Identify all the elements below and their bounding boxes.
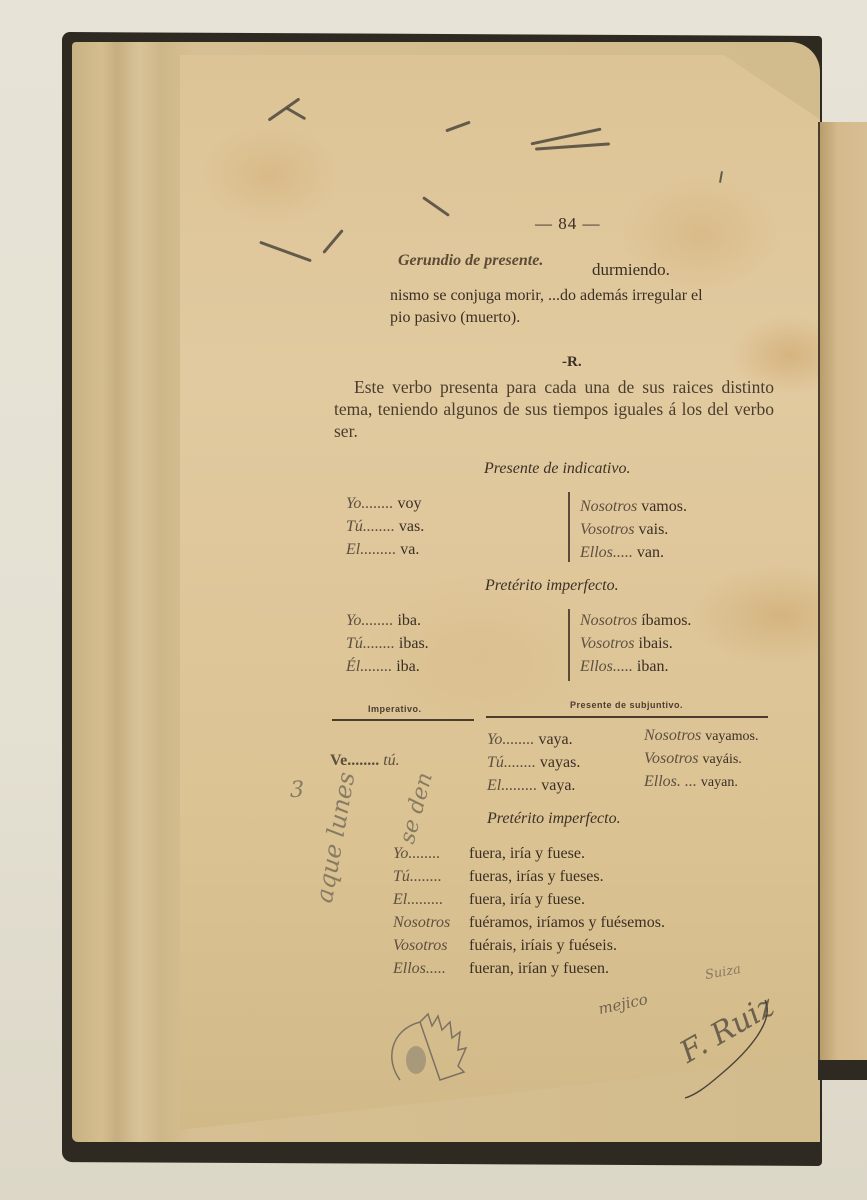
conjugation-row: Yo........ fuera, iría y fuese.	[393, 843, 585, 866]
margin-number: 3	[290, 778, 304, 803]
gerund-label: Gerundio de presente.	[398, 252, 543, 270]
conjugation-row: Nosotros fuéramos, iríamos y fuésemos.	[393, 912, 665, 935]
conjugation-row: Vosotros fuérais, iríais y fuéseis.	[393, 935, 617, 958]
conjugation-row: Vosotros vais.	[580, 519, 668, 542]
conjugation-row: Tú........ vas.	[346, 516, 424, 539]
column-rule	[568, 492, 570, 562]
section-mark: -R.	[562, 354, 582, 371]
conjugation-row: Tú........ fueras, irías y fueses.	[393, 866, 604, 889]
conjugation-row: Tú........ vayas.	[487, 752, 580, 775]
conjugation-row: Ellos. ... vayan.	[644, 771, 738, 795]
intro-line: pio pasivo (muerto).	[390, 309, 520, 327]
conjugation-row: Él........ iba.	[346, 656, 420, 679]
conjugation-row: Nosotros vamos.	[580, 496, 687, 519]
facing-page-edge	[818, 122, 867, 1072]
gerund-value: durmiendo.	[592, 260, 670, 280]
conjugation-row: Tú........ ibas.	[346, 633, 429, 656]
conjugation-row: Nosotros íbamos.	[580, 610, 691, 633]
conjugation-row: Ellos..... iban.	[580, 656, 668, 679]
facing-cover-edge	[818, 1060, 867, 1080]
heading-imperativo: Imperativo.	[368, 704, 422, 714]
conjugation-row: Yo........ iba.	[346, 610, 421, 633]
conjugation-row: Vosotros vayáis.	[644, 748, 742, 772]
column-rule	[568, 609, 570, 681]
heading-preterito-imperfecto-subjuntivo: Pretérito imperfecto.	[487, 810, 621, 828]
signature-flourish	[680, 990, 790, 1100]
conjugation-row: Ellos..... van.	[580, 542, 664, 565]
conjugation-row: El......... vaya.	[487, 775, 575, 798]
conjugation-row: El......... fuera, iría y fuese.	[393, 889, 585, 912]
intro-paragraph: Este verbo presenta para cada una de sus…	[334, 376, 774, 442]
imperative-row: Ve........ tú.	[330, 750, 400, 773]
conjugation-row: Yo........ voy	[346, 493, 421, 516]
conjugation-row: Nosotros vayamos.	[644, 725, 758, 749]
conjugation-row: Vosotros ibais.	[580, 633, 673, 656]
heading-presente-subjuntivo: Presente de subjuntivo.	[570, 700, 683, 710]
header-rule	[332, 719, 474, 721]
conjugation-row: El......... va.	[346, 539, 419, 562]
intro-line: nismo se conjuga morir, ...do además irr…	[390, 287, 703, 305]
heading-preterito-imperfecto: Pretérito imperfecto.	[485, 577, 619, 595]
conjugation-row: Ellos..... fueran, irían y fuesen.	[393, 958, 609, 981]
pencil-sketch-icon	[380, 1010, 480, 1090]
heading-presente-indicativo: Presente de indicativo.	[484, 460, 630, 478]
conjugation-row: Yo........ vaya.	[487, 729, 573, 752]
page-number: — 84 —	[535, 214, 601, 234]
header-rule	[486, 716, 768, 718]
